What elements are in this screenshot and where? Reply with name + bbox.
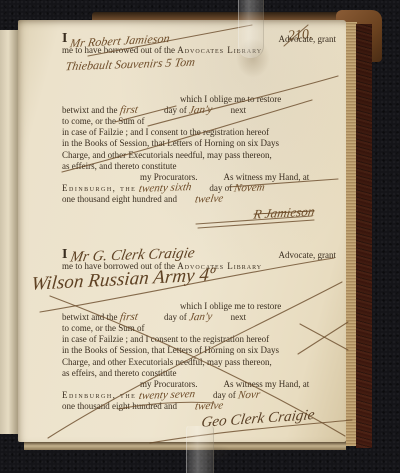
handwritten-signed-month: Novr	[237, 390, 261, 402]
entry2-return-date-line: betwixt and the first day of Jan'y next	[62, 312, 336, 323]
printed-failzie-line-2: in the Books of Session, that Letters of…	[62, 345, 336, 356]
printed-witness: As witness my Hand, at	[224, 379, 310, 389]
handwritten-return-month: Jan'y	[188, 311, 213, 323]
printed-day-of-2: day of	[213, 390, 236, 400]
handwritten-signed-day: twenty seven	[138, 389, 196, 402]
photograph-of-library-register: { "page": { "number": "210." }, "entries…	[0, 0, 400, 473]
printed-day-of: day of	[164, 105, 187, 115]
printed-edinburgh: Edinburgh, the	[62, 183, 136, 193]
printed-edinburgh: Edinburgh, the	[62, 390, 136, 400]
handwritten-signed-day: twenty sixth	[138, 182, 192, 195]
handwritten-book-title: Wilson Russian Army 4º	[31, 270, 215, 291]
handwritten-book-title: Thiebault Souvenirs 5 Tom	[65, 57, 196, 73]
transparent-strap-bottom	[186, 426, 214, 473]
printed-witness: As witness my Hand, at	[224, 172, 310, 182]
entry2-signature-line: Geo Clerk Craigie	[62, 414, 336, 426]
handwritten-signed-month: Novem	[233, 183, 265, 195]
borrowing-entry-1: I Mr Robert Jamieson Advocate, grant me …	[62, 33, 336, 220]
entry1-return-date-line: betwixt and the first day of Jan'y next	[62, 105, 336, 116]
handwritten-year: twelve	[195, 401, 225, 413]
entry1-signature-line: R Jamieson	[62, 207, 336, 220]
printed-day-of: day of	[164, 312, 187, 322]
printed-next: next	[231, 105, 247, 115]
printed-failzie-line-3: Charge, and other Executorials needful, …	[62, 357, 336, 368]
printed-failzie-line-3: Charge, and other Executorials needful, …	[62, 150, 336, 161]
handwritten-return-day: first	[119, 105, 138, 117]
printed-pronoun: I	[62, 249, 67, 260]
printed-advocate-grant: Advocate, grant	[279, 34, 336, 45]
printed-betwixt: betwixt and the	[62, 312, 118, 322]
book-bottom-edge	[24, 441, 346, 450]
printed-sum-line: to come, or the Sum of	[62, 323, 336, 334]
printed-advocate-grant: Advocate, grant	[279, 250, 336, 261]
printed-failzie-line-2: in the Books of Session, that Letters of…	[62, 138, 336, 149]
handwritten-return-month: Jan'y	[188, 104, 213, 116]
printed-failzie-line-1: in case of Failzie ; and I consent to th…	[62, 127, 336, 138]
transparent-strap-top	[238, 0, 264, 58]
printed-failzie-line-4: as effeirs, and thereto constitute	[62, 161, 336, 172]
facing-page-edge	[0, 30, 18, 434]
printed-year-text: one thousand eight hundred and	[62, 401, 177, 411]
entry1-opening-line: I Mr Robert Jamieson Advocate, grant	[62, 33, 336, 45]
printed-failzie-line-1: in case of Failzie ; and I consent to th…	[62, 334, 336, 345]
register-page: 210. I Mr Robert Jamieson Advocate, gran…	[18, 20, 346, 442]
printed-year-text: one thousand eight hundred and	[62, 194, 177, 204]
printed-pronoun: I	[62, 33, 67, 44]
handwritten-return-day: first	[119, 312, 138, 324]
printed-betwixt: betwixt and the	[62, 105, 118, 115]
printed-failzie-line-4: as effeirs, and thereto constitute	[62, 368, 336, 379]
borrowing-entry-2: I Mr G. Clerk Craigie Advocate, grant me…	[62, 249, 336, 426]
printed-next: next	[231, 312, 247, 322]
handwritten-signature: R Jamieson	[253, 205, 316, 219]
entry2-opening-line: I Mr G. Clerk Craigie Advocate, grant	[62, 249, 336, 261]
printed-sum-line: to come, or the Sum of	[62, 116, 336, 127]
marbled-board-edge	[356, 24, 372, 448]
handwritten-year: twelve	[195, 194, 225, 206]
